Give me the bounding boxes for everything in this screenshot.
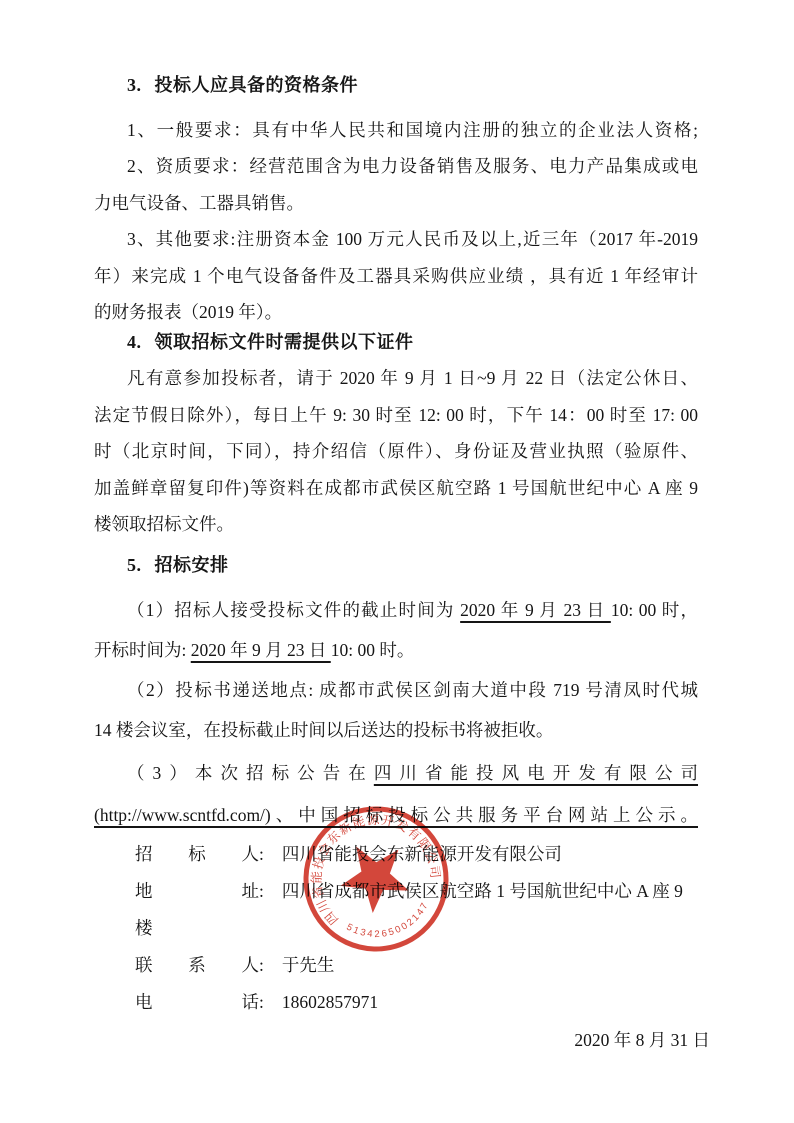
text-line: 时（北京时间，下同），持介绍信（原件）、身份证及营业执照（验原件、 [94,433,698,470]
text-line: 3、其他要求:注册资本金 100 万元人民币及以上,近三年（2017 年-201… [94,221,698,258]
text-line: （3）本次招标公告在四川省能投风电开发有限公司 [94,752,698,794]
paragraph: 1、一般要求：具有中华人民共和国境内注册的独立的企业法人资格; [94,112,698,149]
section-heading: 4.领取招标文件时需提供以下证件 [94,324,698,361]
text-segment: 法定节假日除外），每日上午 9: 30 时至 12: 00 时，下午 14：00… [94,405,698,425]
text-segment: 的财务报表（2019 年）。 [94,302,282,322]
underlined-text: 四川省能投风电开发有限公司 [374,763,698,783]
paragraph: 3、其他要求:注册资本金 100 万元人民币及以上,近三年（2017 年-201… [94,221,698,331]
text-segment: 力电气设备、工器具销售。 [94,193,304,213]
text-segment: 楼领取招标文件。 [94,514,234,534]
text-segment: 3、其他要求:注册资本金 100 万元人民币及以上,近三年（2017 年-201… [127,229,698,249]
contact-label: 联系人 [135,947,259,984]
text-segment: 2、资质要求：经营范围含为电力设备销售及服务、电力产品集成或电 [127,156,698,176]
contact-row: 招标人:四川省能投会东新能源开发有限公司 [135,836,698,873]
text-line: 法定节假日除外），每日上午 9: 30 时至 12: 00 时，下午 14：00… [94,397,698,434]
contact-block: 招标人:四川省能投会东新能源开发有限公司地址:四川省成都市武侯区航空路 1 号国… [135,836,698,1021]
document-body: 3.投标人应具备的资格条件1、一般要求：具有中华人民共和国境内注册的独立的企业法… [94,67,698,1059]
contact-row: 联系人:于先生 [135,947,698,984]
text-segment: （1）招标人接受投标文件的截止时间为 [127,600,460,620]
document-page: 3.投标人应具备的资格条件1、一般要求：具有中华人民共和国境内注册的独立的企业法… [0,0,794,1123]
paragraph: （2）投标书递送地点: 成都市武侯区剑南大道中段 719 号清凤时代城14 楼会… [94,670,698,750]
text-segment: 10: 00 时。 [331,640,415,660]
text-line: 2、资质要求：经营范围含为电力设备销售及服务、电力产品集成或电 [94,148,698,185]
document-date: 2020 年 8 月 31 日 [94,1022,710,1059]
heading-number: 5. [127,555,142,575]
heading-number: 4. [127,332,142,352]
heading-number: 3. [127,75,142,95]
heading-title: 领取招标文件时需提供以下证件 [155,332,414,352]
text-segment: （3）本次招标公告在 [127,763,374,783]
contact-value: 18602857971 [282,992,378,1012]
paragraph: （1）招标人接受投标文件的截止时间为 2020 年 9 月 23 日 10: 0… [94,590,698,670]
contact-value: 四川省能投会东新能源开发有限公司 [282,844,562,864]
paragraph: （3）本次招标公告在四川省能投风电开发有限公司(http://www.scntf… [94,752,698,836]
contact-label: 招标人 [135,836,259,873]
text-segment: 1、一般要求：具有中华人民共和国境内注册的独立的企业法人资格; [127,120,698,140]
text-line: 力电气设备、工器具销售。 [94,185,698,222]
text-line: 1、一般要求：具有中华人民共和国境内注册的独立的企业法人资格; [94,112,698,149]
text-segment: （2）投标书递送地点: 成都市武侯区剑南大道中段 719 号清凤时代城 [127,680,698,700]
text-line: 凡有意参加投标者，请于 2020 年 9 月 1 日~9 月 22 日（法定公休… [94,360,698,397]
text-line: 14 楼会议室，在投标截止时间以后送达的投标书将被拒收。 [94,710,698,750]
text-line: 年）来完成 1 个电气设备备件及工器具采购供应业绩 ，具有近 1 年经审计 [94,258,698,295]
text-segment: 加盖鲜章留复印件)等资料在成都市武侯区航空路 1 号国航世纪中心 A 座 9 [94,478,698,498]
section-heading: 3.投标人应具备的资格条件 [94,67,698,104]
underlined-text: 2020 年 9 月 23 日 [191,640,331,660]
contact-colon: : [259,992,264,1012]
heading-title: 投标人应具备的资格条件 [155,75,359,95]
paragraph: 凡有意参加投标者，请于 2020 年 9 月 1 日~9 月 22 日（法定公休… [94,360,698,543]
text-line: (http://www.scntfd.com/)、中国招标投标公共服务平台网站上… [94,794,698,836]
text-segment: 14 楼会议室，在投标截止时间以后送达的投标书将被拒收。 [94,720,553,740]
paragraph: 2、资质要求：经营范围含为电力设备销售及服务、电力产品集成或电力电气设备、工器具… [94,148,698,221]
section-heading: 5.招标安排 [94,547,698,584]
contact-row: 电话:18602857971 [135,984,698,1021]
underlined-text: 2020 年 9 月 23 日 [460,600,611,620]
text-line: 加盖鲜章留复印件)等资料在成都市武侯区航空路 1 号国航世纪中心 A 座 9 [94,470,698,507]
text-segment: 10: 00 时， [611,600,698,620]
text-line: 楼领取招标文件。 [94,506,698,543]
contact-colon: : [259,955,264,975]
contact-label: 电话 [135,984,259,1021]
contact-colon: : [259,844,264,864]
text-segment: 开标时间为: [94,640,191,660]
text-segment: 时（北京时间，下同），持介绍信（原件）、身份证及营业执照（验原件、 [94,441,698,461]
text-line: （2）投标书递送地点: 成都市武侯区剑南大道中段 719 号清凤时代城 [94,670,698,710]
text-segment: 凡有意参加投标者，请于 2020 年 9 月 1 日~9 月 22 日（法定公休… [127,368,698,388]
text-segment: 年）来完成 1 个电气设备备件及工器具采购供应业绩 ，具有近 1 年经审计 [94,266,698,286]
heading-title: 招标安排 [155,555,229,575]
text-line: 开标时间为: 2020 年 9 月 23 日 10: 00 时。 [94,630,698,670]
text-line: （1）招标人接受投标文件的截止时间为 2020 年 9 月 23 日 10: 0… [94,590,698,630]
underlined-text: (http://www.scntfd.com/)、中国招标投标公共服务平台网站上… [94,805,698,825]
contact-label: 地址 [135,873,259,910]
contact-row: 地址:四川省成都市武侯区航空路 1 号国航世纪中心 A 座 9 楼 [135,873,698,947]
contact-value: 于先生 [282,955,335,975]
contact-colon: : [259,881,264,901]
